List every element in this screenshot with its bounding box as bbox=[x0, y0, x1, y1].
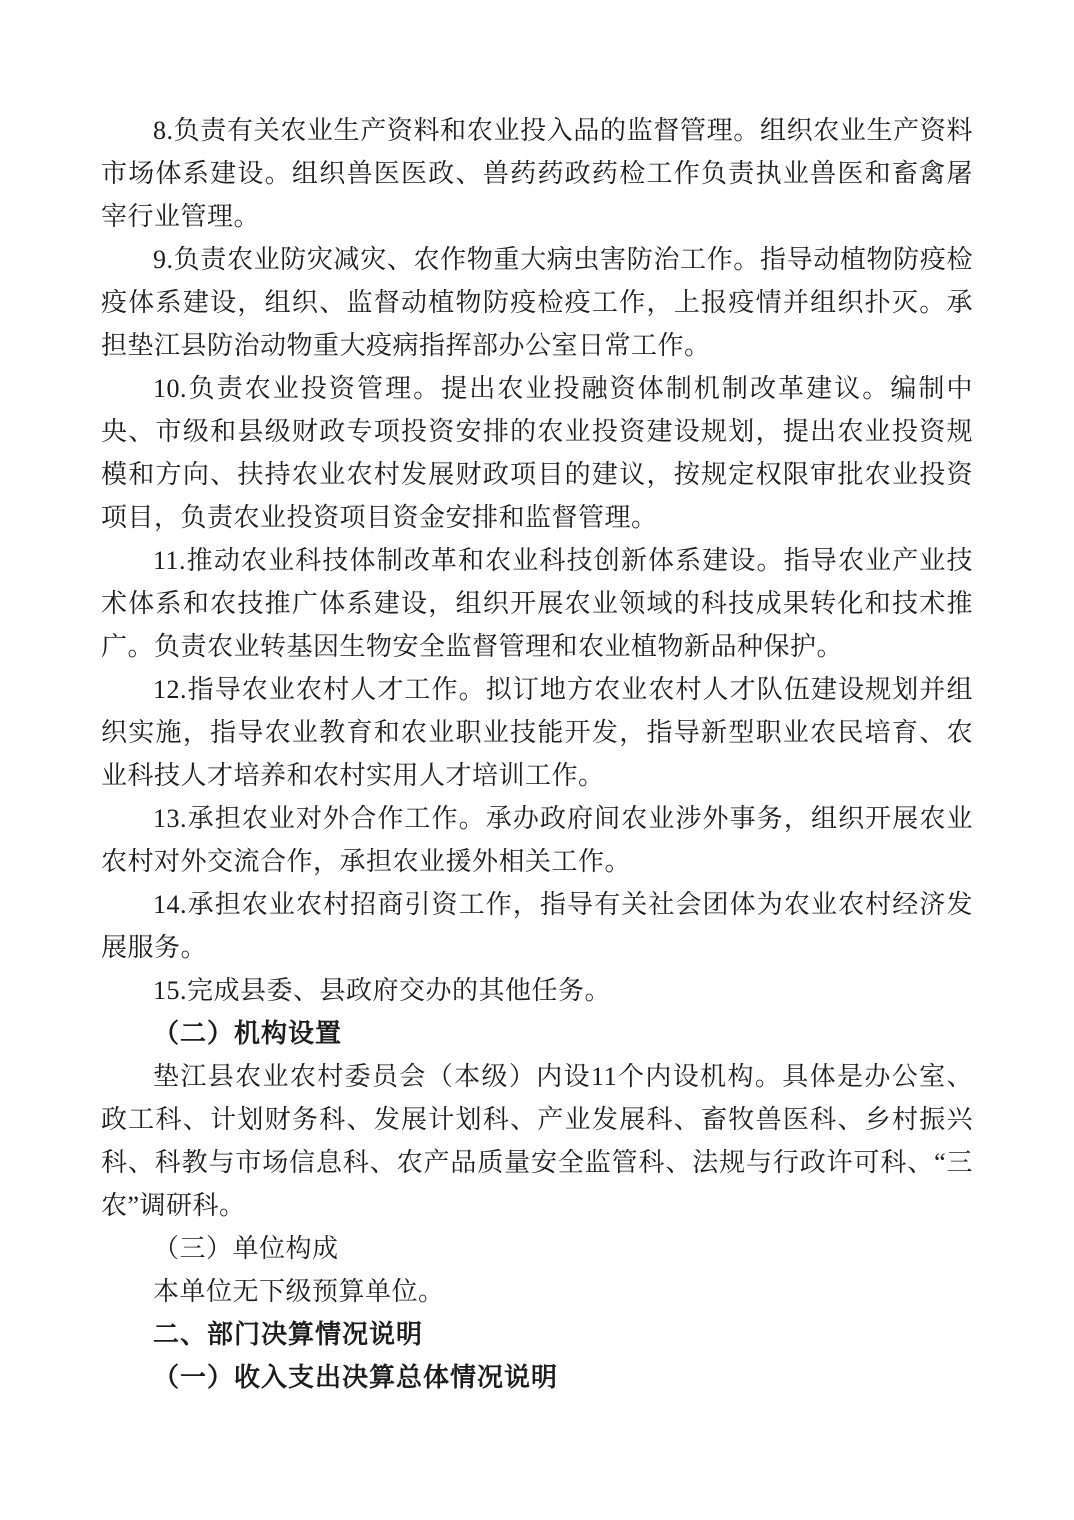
paragraph-duty-12: 12.指导农业农村人才工作。拟订地方农业农村人才队伍建设规划并组织实施，指导农业… bbox=[101, 668, 973, 797]
paragraph-duty-10: 10.负责农业投资管理。提出农业投融资体制机制改革建议。编制中央、市级和县级财政… bbox=[101, 367, 973, 539]
paragraph-duty-9: 9.负责农业防灾减灾、农作物重大病虫害防治工作。指导动植物防疫检疫体系建设，组织… bbox=[101, 238, 973, 367]
document-body: 8.负责有关农业生产资料和农业投入品的监督管理。组织农业生产资料市场体系建设。组… bbox=[101, 109, 973, 1399]
paragraph-duty-13: 13.承担农业对外合作工作。承办政府间农业涉外事务，组织开展农业农村对外交流合作… bbox=[101, 797, 973, 883]
document-page: 8.负责有关农业生产资料和农业投入品的监督管理。组织农业生产资料市场体系建设。组… bbox=[0, 0, 1074, 1520]
paragraph-duty-11: 11.推动农业科技体制改革和农业科技创新体系建设。指导农业产业技术体系和农技推广… bbox=[101, 539, 973, 668]
paragraph-duty-8: 8.负责有关农业生产资料和农业投入品的监督管理。组织农业生产资料市场体系建设。组… bbox=[101, 109, 973, 238]
paragraph-internal-organs: 垫江县农业农村委员会（本级）内设11个内设机构。具体是办公室、政工科、计划财务科… bbox=[101, 1055, 973, 1227]
heading-income-expenditure-overview: （一）收入支出决算总体情况说明 bbox=[101, 1356, 973, 1399]
heading-organization-setup: （二）机构设置 bbox=[101, 1012, 973, 1055]
subheading-unit-composition: （三）单位构成 bbox=[101, 1227, 973, 1270]
heading-final-accounts-notes: 二、部门决算情况说明 bbox=[101, 1313, 973, 1356]
paragraph-no-subordinate-units: 本单位无下级预算单位。 bbox=[101, 1270, 973, 1313]
paragraph-duty-14: 14.承担农业农村招商引资工作，指导有关社会团体为农业农村经济发展服务。 bbox=[101, 883, 973, 969]
paragraph-duty-15: 15.完成县委、县政府交办的其他任务。 bbox=[101, 969, 973, 1012]
